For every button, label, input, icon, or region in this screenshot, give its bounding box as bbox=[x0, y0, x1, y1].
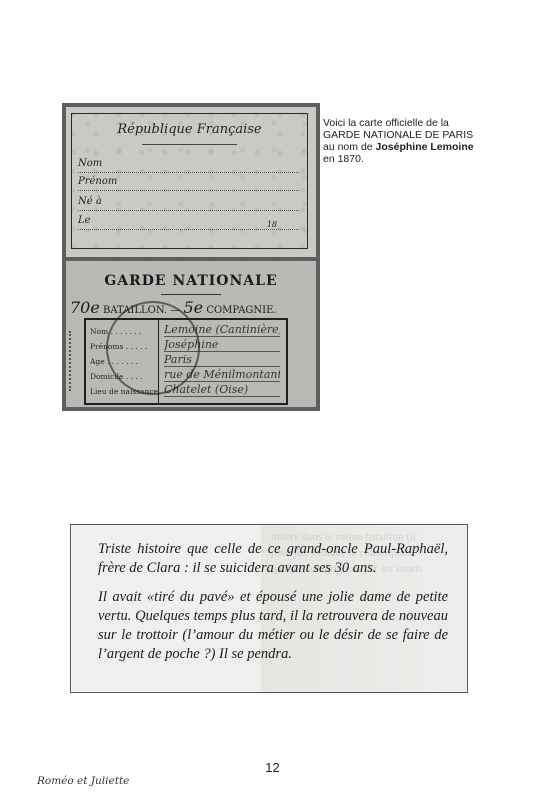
footer-book-title: Roméo et Juliette bbox=[37, 775, 129, 787]
garde-nationale-title: GARDE NATIONALE bbox=[66, 273, 316, 289]
quote-box: tinière dans le même bataillon (il pour … bbox=[70, 524, 468, 693]
row-lieu-naissance: Lieu de naissance.Chatelet (Oise) bbox=[90, 384, 280, 398]
republique-header: République Française bbox=[72, 122, 307, 137]
battalion-line: 70e BATAILLON. — 5e COMPAGNIE. bbox=[70, 298, 316, 317]
official-stamp bbox=[106, 301, 200, 395]
page-number: 12 bbox=[0, 760, 545, 775]
field-prenom: Prénom bbox=[78, 176, 299, 191]
card-bottom-section: GARDE NATIONALE 70e BATAILLON. — 5e COMP… bbox=[66, 261, 316, 407]
field-nom: Nom bbox=[78, 158, 299, 173]
quote-paragraph-2: Il avait «tiré du pavé» et épousé une jo… bbox=[98, 588, 448, 664]
card-top-section: République Française Nom Prénom Né à Le1… bbox=[66, 107, 316, 257]
field-ne-a: Né à bbox=[78, 196, 299, 211]
quote-paragraph-1: Triste histoire que celle de ce grand-on… bbox=[98, 540, 448, 578]
side-print-mark bbox=[69, 331, 79, 391]
field-le: Le18 bbox=[78, 215, 299, 230]
figure-caption: Voici la carte officielle de la GARDE NA… bbox=[323, 117, 483, 165]
caption-name: Joséphine Lemoine bbox=[376, 141, 474, 153]
id-card-photo: République Française Nom Prénom Né à Le1… bbox=[62, 103, 320, 411]
